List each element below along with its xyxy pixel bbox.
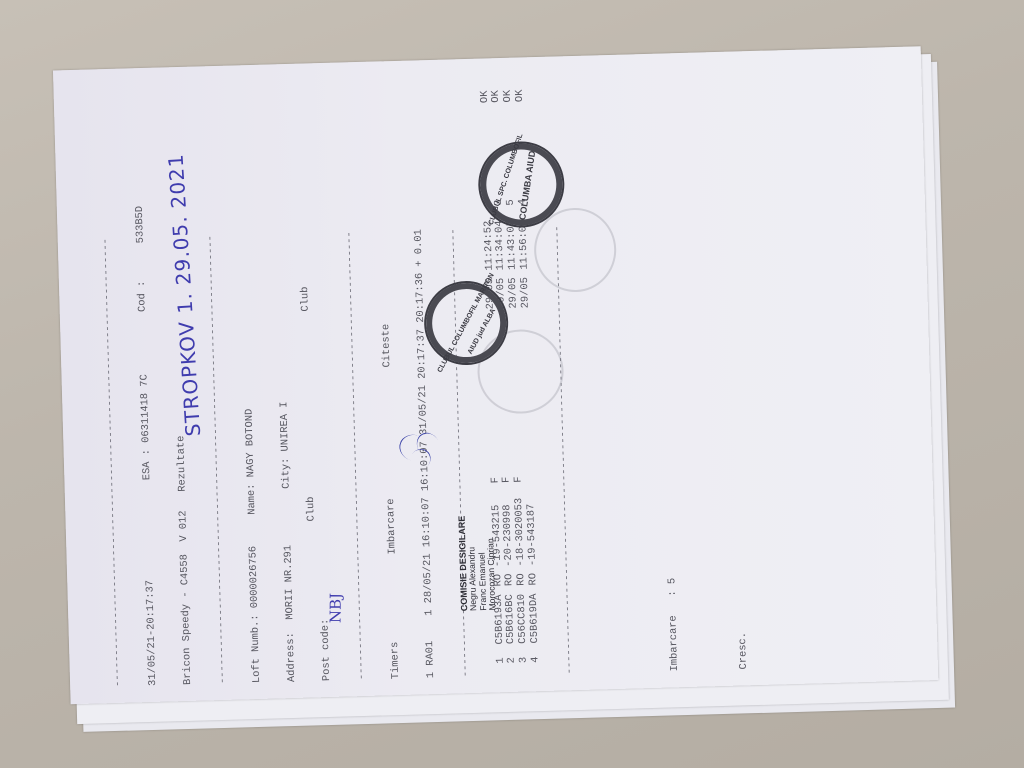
- loft-number: 0000026756: [248, 546, 262, 609]
- arrival-date: 29/05: [519, 269, 532, 308]
- esa-value: 06311418 7C: [138, 374, 152, 443]
- paper-stack: ----------------------------------------…: [53, 46, 957, 730]
- breeder-line: Cresc.: [723, 89, 751, 669]
- timer-row: 1 RA01 1 28/05/21 16:10:07 16:10:07 31/0…: [410, 98, 438, 678]
- result-sheet: ----------------------------------------…: [53, 46, 938, 704]
- bird-index: 3: [518, 644, 530, 664]
- header-line-1: 31/05/21-20:17:37 ESA : 06311418 7C Cod …: [132, 106, 160, 686]
- club-label-2: Club: [299, 286, 312, 311]
- handwritten-initials: NBJ: [326, 593, 344, 623]
- fancier-name: NAGY BOTOND: [244, 409, 258, 478]
- bird-ring: -19-543187: [525, 482, 539, 566]
- bird-chip: C5B619DA: [528, 585, 541, 643]
- clock-deviation: + 0.01: [413, 229, 426, 267]
- timers-header: Timers Imbarcare Citeste: [375, 99, 403, 679]
- loft-line: Loft Numb.: 0000026756 Name: NAGY BOTOND: [236, 103, 264, 683]
- report-type: Rezultate: [175, 435, 189, 491]
- software-version: Bricon Speedy - C4558 V 012: [177, 510, 194, 685]
- unsealing-commission: COMISIE DESIGILARE Negru Alexandru Franc…: [458, 515, 498, 612]
- print-datetime: 31/05/21-20:17:37: [144, 580, 159, 686]
- club-label-1: Club: [305, 496, 318, 521]
- bird-index: 4: [530, 643, 542, 663]
- fancier-address: MORII NR.291: [282, 545, 296, 620]
- bird-status: OK: [514, 89, 526, 102]
- embark-count: : 5: [666, 578, 679, 597]
- embark-count-line: Imbarcare : 5: [653, 91, 681, 671]
- cod-value: 533B5D: [134, 206, 147, 244]
- bird-country: RO: [528, 566, 540, 586]
- address-line: Address: MORII NR.291 City: UNIREA I: [271, 102, 299, 682]
- fancier-city: UNIREA I: [278, 401, 291, 451]
